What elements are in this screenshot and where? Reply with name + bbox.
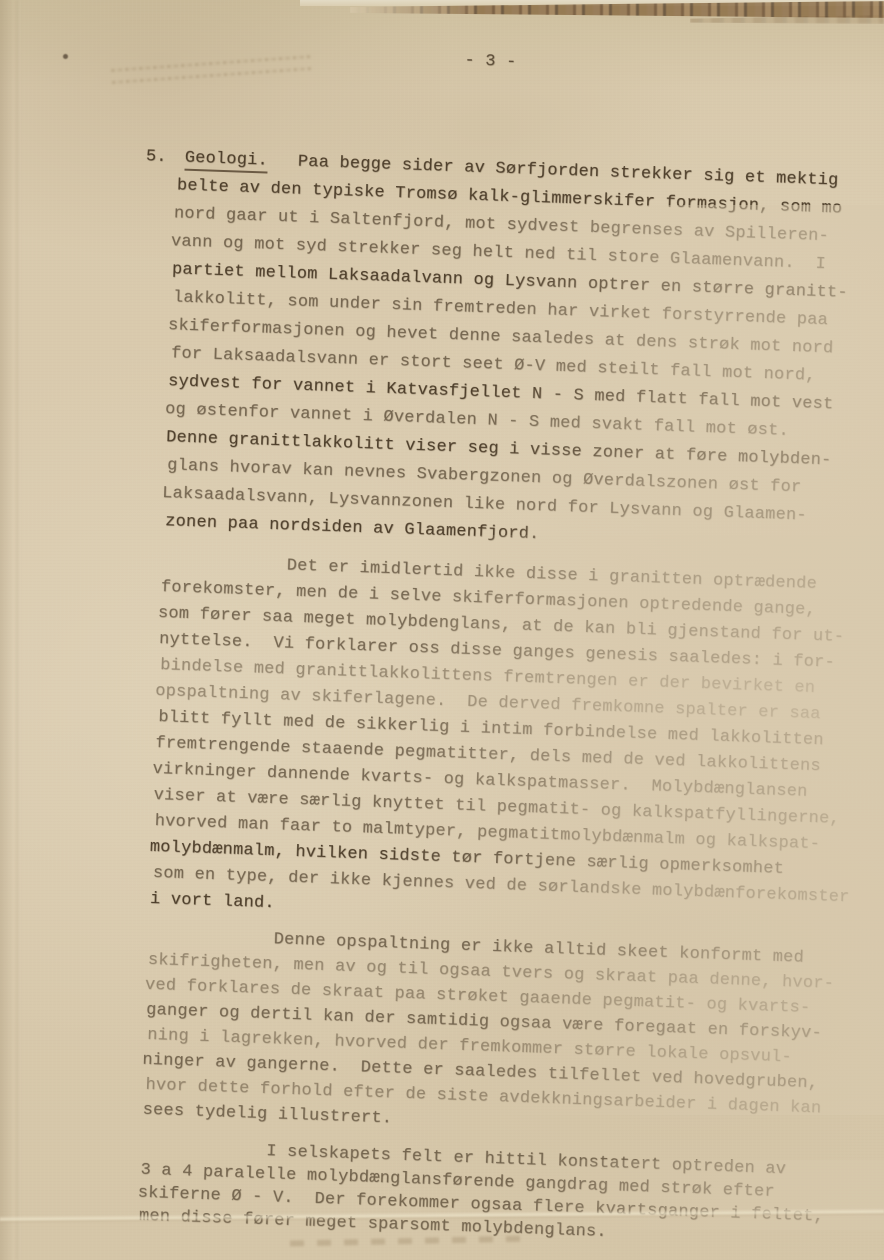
- section-number: 5.: [146, 147, 167, 167]
- left-edge-shade: [0, 0, 14, 1260]
- scanned-document-page: { "page": { "paper_color": "#d8c9ac", "i…: [0, 0, 884, 1260]
- paragraph: Denne opspaltning er ikke alltid skeet k…: [102, 925, 839, 1150]
- ink-dot: [63, 54, 68, 59]
- paragraph: belte av den typiske Tromsø kalk-glimmer…: [123, 176, 865, 565]
- left-fold-line: [16, 0, 20, 1260]
- section-title: Geologi.: [184, 149, 268, 174]
- typed-text-block: - 3 - 5.Geologi.Paa begge sider av Sørfj…: [98, 40, 869, 1255]
- paragraphs: belte av den typiske Tromsø kalk-glimmer…: [98, 176, 864, 1255]
- paragraph: Det er imidlertid ikke disse i granitten…: [109, 552, 851, 941]
